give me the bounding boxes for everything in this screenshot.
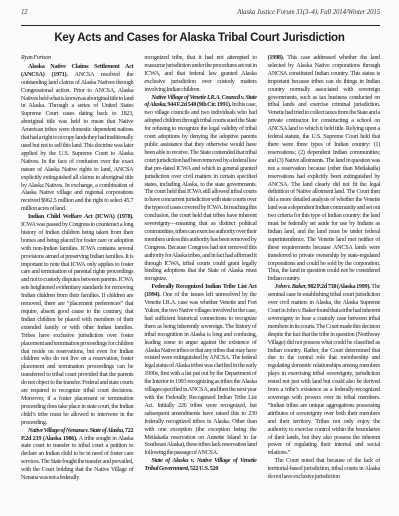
paragraph-nenana: Native Village of Nenana v. State of Ala… xyxy=(21,427,133,482)
column-left: Ryan Fortson Alaska Native Claims Settle… xyxy=(21,54,133,508)
page-header: 12 Alaska Justice Forum 31(3–4), Fall 20… xyxy=(21,9,380,16)
paragraph-text: ANCSA resolved the outstanding land clai… xyxy=(21,71,133,212)
header-rule xyxy=(21,25,380,26)
paragraph-continuation: recognized tribe, that it had not attemp… xyxy=(144,54,256,94)
paragraph-icwa: Indian Child Welfare Act (ICWA) (1978). … xyxy=(21,213,133,426)
act-name: Indian Child Welfare Act (ICWA) (1978). xyxy=(28,213,133,220)
case-name: John v. Baker, xyxy=(275,283,308,290)
running-head: Alaska Justice Forum 31(3–4), Fall 2014/… xyxy=(237,9,380,16)
byline: Ryan Fortson xyxy=(21,54,133,62)
paragraph-john-v-baker: John v. Baker, 982 P.2d 738 (Alaska 1999… xyxy=(268,283,380,457)
article-title: Key Acts and Cases for Alaska Tribal Cou… xyxy=(10,32,389,44)
paragraph-ancsa: Alaska Native Claims Settlement Act (ANC… xyxy=(21,63,133,213)
paragraph-text: The Court noted that because of the lack… xyxy=(268,457,380,480)
paragraph-text: A tribe sought in Alaska state court to … xyxy=(21,435,133,482)
paragraph-text: ICWA was passed by Congress to counterac… xyxy=(21,221,133,426)
case-citation: (1998). xyxy=(268,54,288,61)
paragraph-venetie-ira: Native Village of Venetie I.R.A. Council… xyxy=(144,94,256,284)
paragraph-text: recognized tribe, that it had not attemp… xyxy=(144,54,256,93)
case-citation: 944 F.2d 548 (9th Cir. 1991). xyxy=(167,101,231,108)
paragraph-text: One of the issues left unresolved by the… xyxy=(144,291,256,456)
case-citation: 522 U.S. 520 xyxy=(190,465,218,472)
page-number: 12 xyxy=(21,9,28,16)
paragraph-court-noted: The Court noted that because of the lack… xyxy=(268,457,380,481)
article-body: Ryan Fortson Alaska Native Claims Settle… xyxy=(21,54,380,508)
paragraph-text: This case addressed whether the land sel… xyxy=(268,54,380,282)
journal-page: 12 Alaska Justice Forum 31(3–4), Fall 20… xyxy=(0,0,399,516)
paragraph-venetie-1998: (1998). This case addressed whether the … xyxy=(268,54,380,283)
case-citation: 982 P.2d 738 (Alaska 1999). xyxy=(308,283,372,290)
case-name: Native Village of Nenana v. State of Ala… xyxy=(28,427,125,434)
column-right: (1998). This case addressed whether the … xyxy=(268,54,380,508)
paragraph-text: The seminal case in establishing tribal … xyxy=(268,283,380,456)
paragraph-tribe-list-act: Federally Recognized Indian Tribe List A… xyxy=(144,283,256,457)
paragraph-venetie-government: State of Alaska v. Native Village of Ven… xyxy=(144,457,256,473)
column-middle: recognized tribe, that it had not attemp… xyxy=(144,54,256,508)
paragraph-text: In this case, two village councils and t… xyxy=(144,101,256,282)
